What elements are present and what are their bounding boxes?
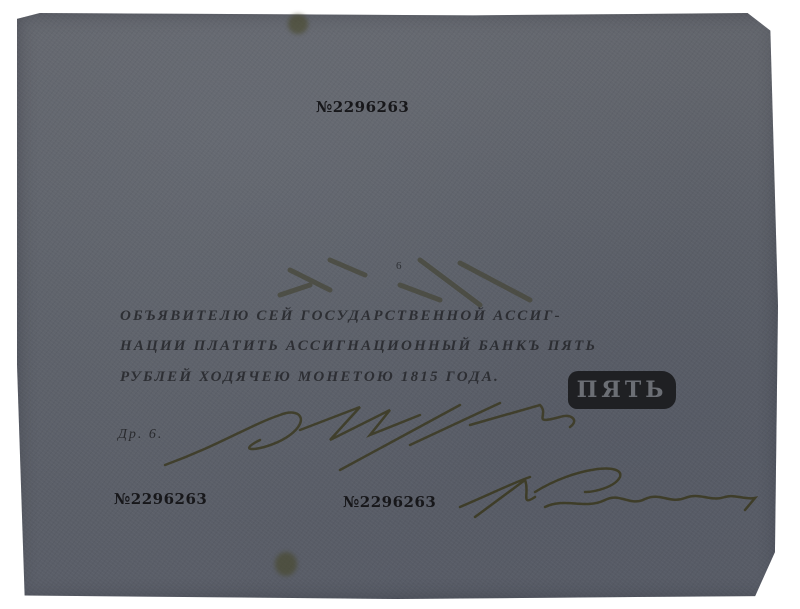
text-line-3: рублей ходячею монетою 1815 года.: [120, 369, 500, 386]
serial-number-bottom-center: №2296263: [343, 493, 436, 511]
cashier-signature: [455, 462, 765, 532]
serial-number-bottom-left: №2296263: [114, 490, 207, 508]
stain-bottom: [275, 552, 297, 576]
text-line-1: Объявителю сей государственной ассиг-: [120, 308, 562, 325]
stain-top: [288, 14, 308, 34]
text-line-2: нации платить ассигнационный банкъ пять: [120, 338, 597, 355]
director-label: Др. 6.: [118, 427, 163, 443]
serial-number-top: №2296263: [316, 98, 409, 116]
watermark-smudges: [270, 245, 550, 315]
